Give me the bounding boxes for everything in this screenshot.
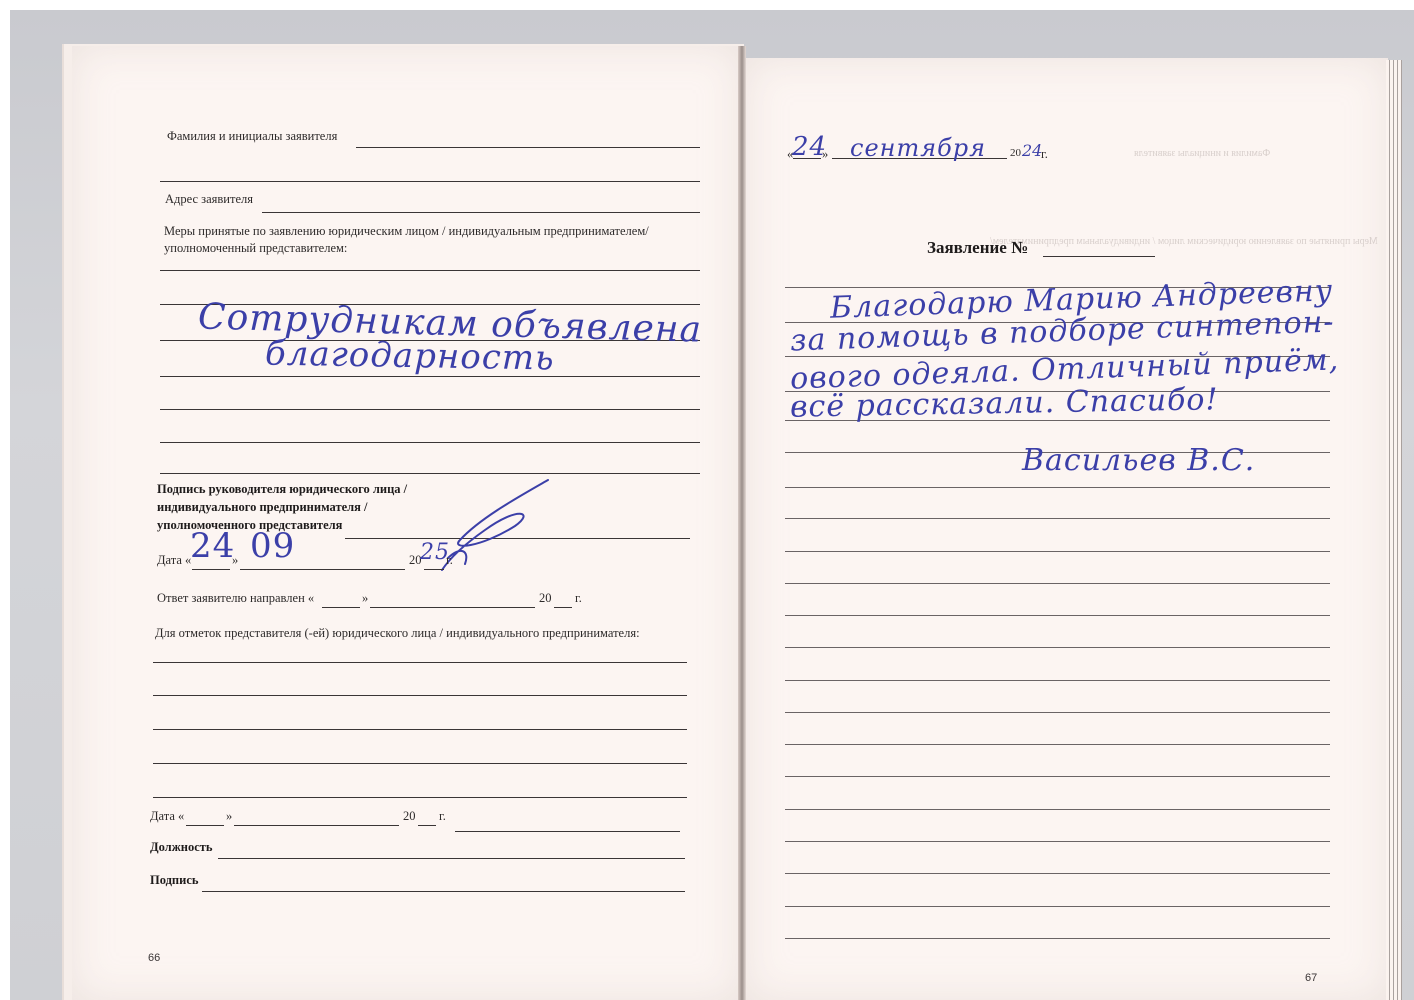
entry-line[interactable] [785, 873, 1330, 874]
signature-label-line1: Подпись руководителя юридического лица / [157, 482, 407, 497]
notes-line[interactable] [153, 662, 687, 663]
signature2-field[interactable] [202, 891, 685, 892]
right-page [746, 58, 1388, 1000]
entry-line[interactable] [785, 647, 1330, 648]
entry-line[interactable] [785, 583, 1330, 584]
measures-line[interactable] [160, 442, 700, 443]
entry-line[interactable] [785, 744, 1330, 745]
entry-line[interactable] [785, 809, 1330, 810]
date2-quote-close: » [226, 809, 232, 824]
right-date-month-handwritten: сентября [850, 134, 986, 162]
notes-line[interactable] [153, 797, 687, 798]
handwritten-signature [440, 478, 560, 578]
bleed-through-text: Меры принятые по заявлению юридическим л… [990, 236, 1378, 247]
book-spine [738, 46, 746, 1000]
reply-quote-close: » [362, 591, 368, 606]
date2-label: Дата « [150, 809, 184, 824]
applicant-address-label: Адрес заявителя [165, 192, 253, 207]
entry-line[interactable] [785, 906, 1330, 907]
entry-line[interactable] [785, 487, 1330, 488]
date-month-field[interactable] [240, 569, 405, 570]
page-number-right: 67 [1305, 972, 1317, 984]
measures-handwriting-line2: благодарность [265, 333, 555, 378]
measures-line[interactable] [160, 270, 700, 271]
reply-suffix: г. [575, 591, 582, 606]
notes-line[interactable] [153, 763, 687, 764]
application-title: Заявление № [927, 238, 1028, 258]
entry-line[interactable] [785, 712, 1330, 713]
date2-year-prefix: 20 [403, 809, 416, 824]
entry-line[interactable] [785, 615, 1330, 616]
entry-line[interactable] [785, 518, 1330, 519]
feedback-handwriting-line: всё рассказали. Спасибо! [790, 382, 1219, 424]
right-date-year-prefix: 20 [1010, 147, 1021, 159]
date-day-handwritten: 24 [190, 526, 235, 566]
entry-line[interactable] [785, 776, 1330, 777]
entry-line[interactable] [785, 841, 1330, 842]
right-date-day-handwritten: 24 [792, 132, 827, 162]
date2-extra-field[interactable] [455, 831, 680, 832]
application-number-field[interactable] [1043, 256, 1155, 257]
measures-line[interactable] [160, 409, 700, 410]
date-month-handwritten: 09 [250, 526, 295, 566]
position-label: Должность [150, 840, 213, 855]
date2-day-field[interactable] [186, 825, 224, 826]
signature2-label: Подпись [150, 873, 199, 888]
measures-line[interactable] [160, 473, 700, 474]
reply-year-prefix: 20 [539, 591, 552, 606]
measures-label-line2: уполномоченный представителем: [164, 241, 347, 256]
measures-label-line1: Меры принятые по заявлению юридическим л… [164, 224, 649, 239]
notes-label: Для отметок представителя (-ей) юридичес… [155, 626, 640, 641]
reply-day-field[interactable] [322, 607, 360, 608]
applicant-address-field[interactable] [262, 212, 700, 213]
date-day-field[interactable] [192, 569, 230, 570]
applicant-name-label: Фамилия и инициалы заявителя [167, 129, 337, 144]
date2-year-field[interactable] [418, 825, 436, 826]
page-number-left: 66 [148, 952, 160, 964]
page-stack-edge-right [1386, 60, 1402, 1000]
signature-label-line2: индивидуального предпринимателя / [157, 500, 368, 515]
date2-month-field[interactable] [234, 825, 399, 826]
date-label: Дата « [157, 553, 191, 568]
reply-year-field[interactable] [554, 607, 572, 608]
entry-line[interactable] [785, 938, 1330, 939]
entry-line[interactable] [785, 551, 1330, 552]
position-field[interactable] [218, 858, 685, 859]
reply-label: Ответ заявителю направлен « [157, 591, 314, 606]
right-date-year-handwritten: 24 [1022, 141, 1042, 160]
notes-line[interactable] [153, 729, 687, 730]
feedback-signature: Васильев В.С. [1022, 443, 1255, 478]
bleed-through-text: Фамилия и инициалы заявителя [1134, 148, 1270, 159]
entry-line[interactable] [785, 680, 1330, 681]
date-year-handwritten: 25 [420, 540, 450, 565]
notes-line[interactable] [153, 695, 687, 696]
date-year-field[interactable] [424, 569, 444, 570]
reply-month-field[interactable] [370, 607, 535, 608]
applicant-name-field[interactable] [356, 147, 700, 148]
date2-suffix: г. [439, 809, 446, 824]
applicant-name-field-cont[interactable] [160, 181, 700, 182]
